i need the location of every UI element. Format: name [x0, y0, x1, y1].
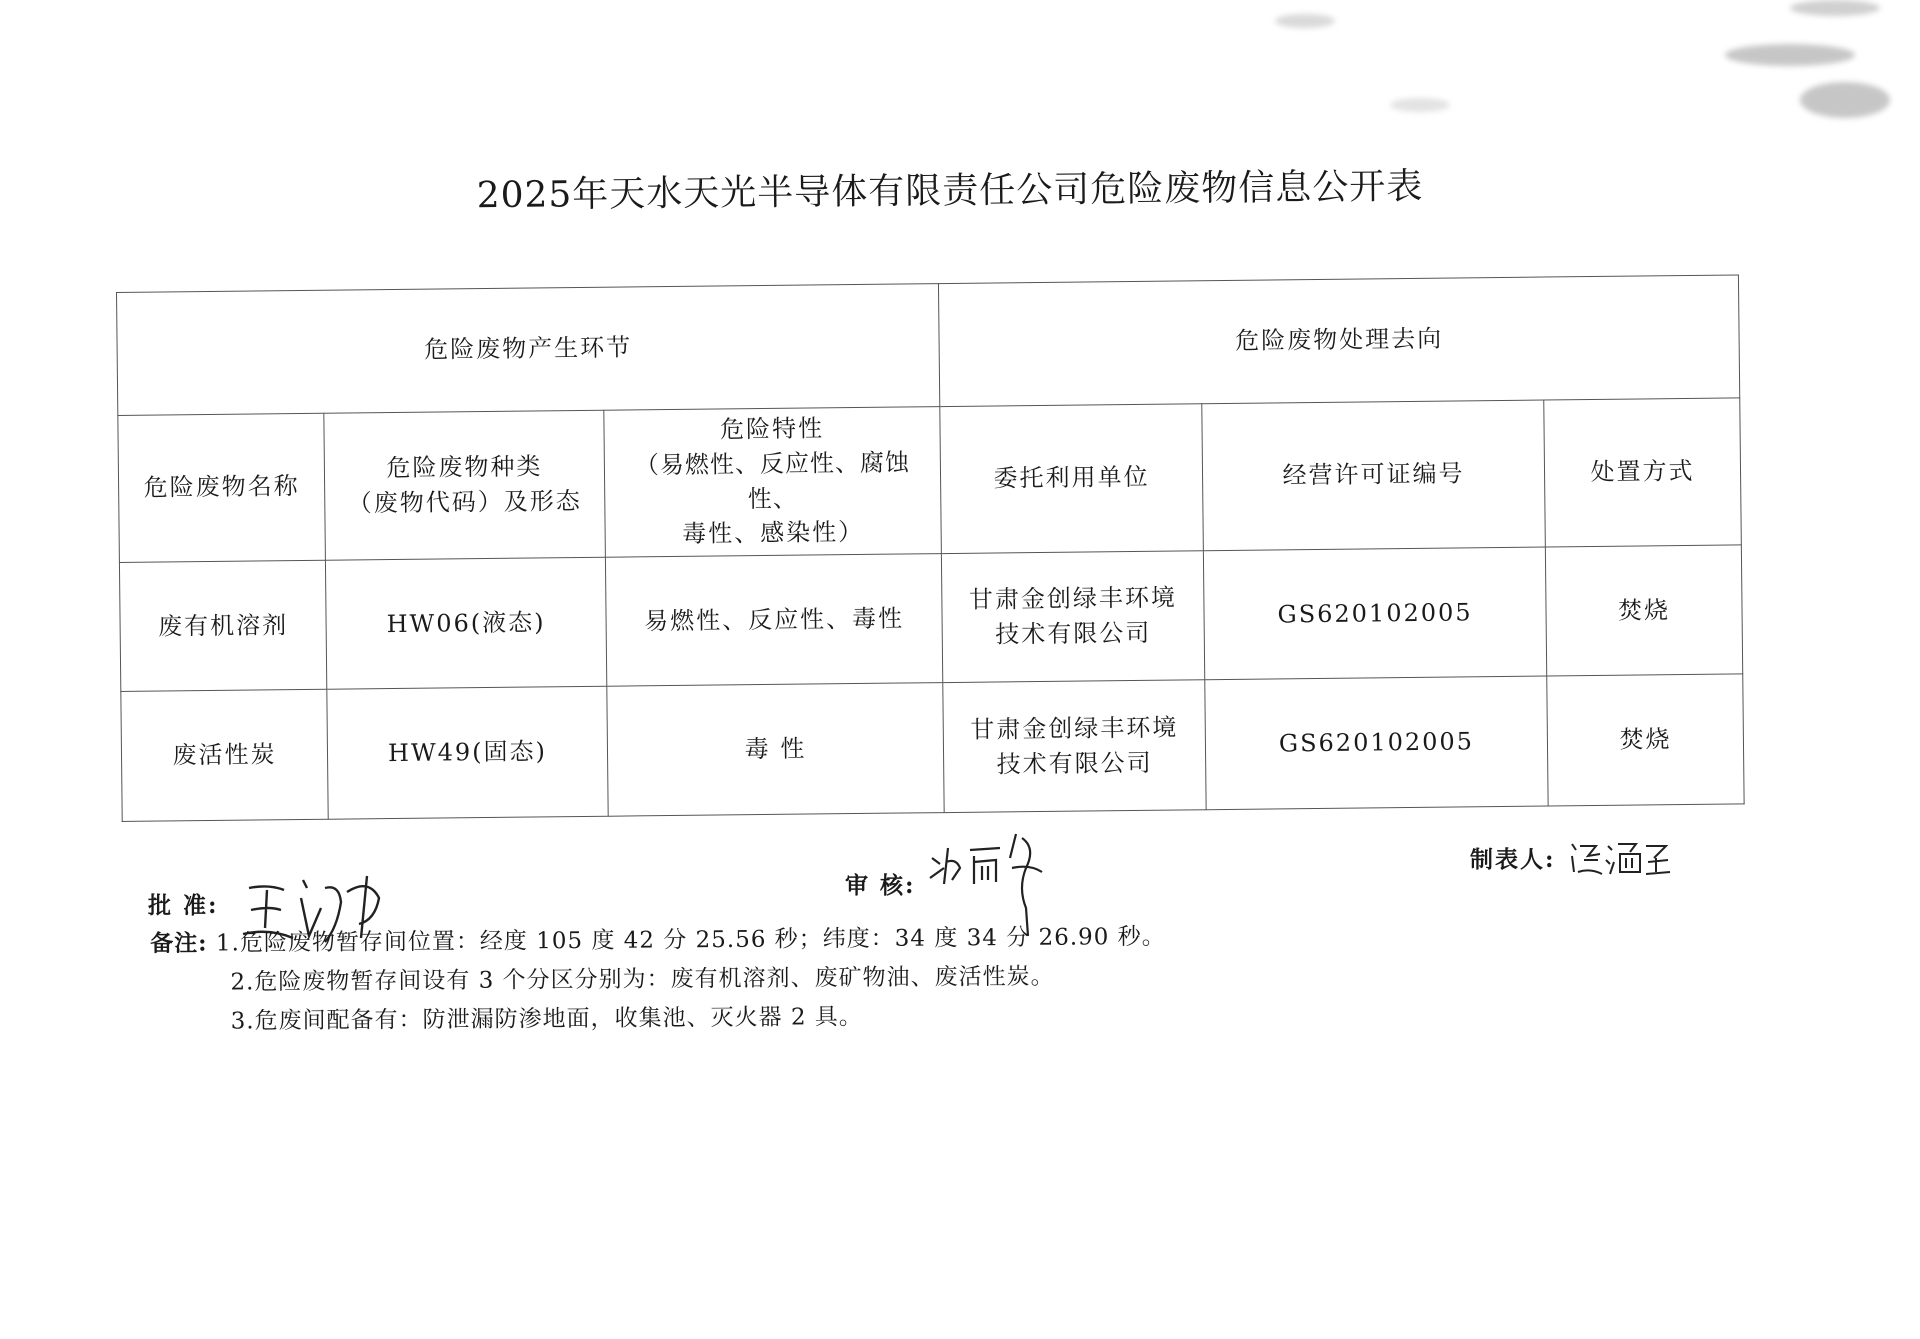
- cell-disposal-method: 焚烧: [1545, 545, 1742, 677]
- col-header-category-line2: （废物代码）及形态: [331, 483, 598, 521]
- cell-entrusted-unit: 甘肃金创绿丰环境 技术有限公司: [943, 680, 1206, 812]
- cell-unit-line2: 技术有限公司: [950, 745, 1199, 782]
- col-header-hazard-line1: 危险特性: [610, 410, 933, 448]
- group-header-generation: 危险废物产生环节: [117, 284, 940, 415]
- note-text: 3.危废间配备有：防泄漏防渗地面，收集池、灭火器 2 具。: [231, 1004, 863, 1034]
- cell-license-no: GS620102005: [1205, 676, 1548, 809]
- hazardous-waste-table: 危险废物产生环节 危险废物处理去向 危险废物名称 危险废物种类 （废物代码）及形…: [116, 274, 1744, 822]
- scan-smudge: [1800, 82, 1890, 118]
- scan-smudge: [1390, 98, 1450, 112]
- col-header-license-no: 经营许可证编号: [1202, 400, 1546, 551]
- group-header-disposal: 危险废物处理去向: [938, 275, 1739, 406]
- cell-entrusted-unit: 甘肃金创绿丰环境 技术有限公司: [941, 550, 1204, 682]
- col-header-category: 危险废物种类 （废物代码）及形态: [324, 410, 606, 560]
- notes-label: 备注:: [150, 930, 208, 957]
- cell-waste-name: 废活性炭: [121, 690, 328, 822]
- col-header-hazard-line2: （易燃性、反应性、腐蚀性、: [611, 445, 935, 518]
- note-text: 2.危险废物暂存间设有 3 个分区分别为：废有机溶剂、废矿物油、废活性炭。: [230, 964, 1054, 996]
- col-header-hazard-line3: 毒性、感染性）: [611, 515, 934, 553]
- col-header-disposal-method: 处置方式: [1544, 397, 1742, 546]
- cell-waste-category: HW49(固态): [327, 687, 608, 820]
- table-row: 废活性炭 HW49(固态) 毒 性 甘肃金创绿丰环境 技术有限公司 GS6201…: [121, 674, 1744, 821]
- handwritten-signature-icon: [1566, 832, 1676, 882]
- table-row: 废有机溶剂 HW06(液态) 易燃性、反应性、毒性 甘肃金创绿丰环境 技术有限公…: [119, 545, 1742, 692]
- preparer-label: 制表人:: [1470, 841, 1556, 874]
- col-header-entrusted-unit: 委托利用单位: [940, 403, 1204, 553]
- scan-smudge: [1725, 44, 1855, 66]
- cell-unit-line1: 甘肃金创绿丰环境: [950, 710, 1199, 747]
- scan-smudge: [1275, 14, 1335, 28]
- column-header-row: 危险废物名称 危险废物种类 （废物代码）及形态 危险特性 （易燃性、反应性、腐蚀…: [118, 397, 1742, 562]
- scan-smudge: [1790, 0, 1880, 16]
- col-header-name: 危险废物名称: [118, 413, 326, 562]
- col-header-hazard: 危险特性 （易燃性、反应性、腐蚀性、 毒性、感染性）: [604, 406, 942, 557]
- cell-license-no: GS620102005: [1203, 547, 1546, 680]
- cell-unit-line1: 甘肃金创绿丰环境: [948, 581, 1197, 618]
- cell-hazard: 易燃性、反应性、毒性: [605, 553, 942, 686]
- document-title: 2025年天水天光半导体有限责任公司危险废物信息公开表: [400, 157, 1500, 219]
- note-text: 1.危险废物暂存间位置：经度 105 度 42 分 25.56 秒；纬度：34 …: [216, 924, 1166, 957]
- group-header-row: 危险废物产生环节 危险废物处理去向: [117, 275, 1740, 415]
- note-item: 2.危险废物暂存间设有 3 个分区分别为：废有机溶剂、废矿物油、废活性炭。: [150, 957, 1166, 1003]
- cell-waste-name: 废有机溶剂: [119, 560, 326, 692]
- preparer-signature-block: 制表人:: [1470, 832, 1676, 882]
- note-item: 备注: 1.危险废物暂存间位置：经度 105 度 42 分 25.56 秒；纬度…: [150, 917, 1166, 964]
- cell-disposal-method: 焚烧: [1547, 674, 1744, 806]
- notes-section: 备注: 1.危险废物暂存间位置：经度 105 度 42 分 25.56 秒；纬度…: [150, 917, 1166, 1042]
- col-header-category-line1: 危险废物种类: [331, 449, 598, 487]
- cell-unit-line2: 技术有限公司: [949, 615, 1198, 652]
- approve-label: 批 准:: [148, 887, 219, 920]
- note-item: 3.危废间配备有：防泄漏防渗地面，收集池、灭火器 2 具。: [151, 996, 1167, 1042]
- cell-waste-category: HW06(液态): [325, 557, 606, 690]
- cell-hazard: 毒 性: [607, 683, 944, 816]
- review-label: 审 核:: [845, 867, 916, 900]
